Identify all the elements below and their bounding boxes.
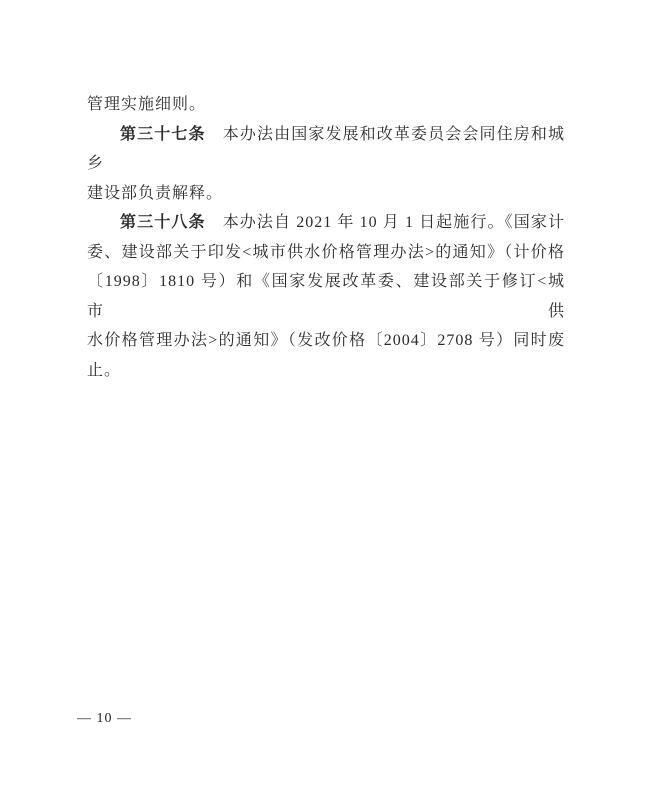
text-line: 第三十七条 本办法由国家发展和改革委员会会同住房和城乡 — [87, 120, 565, 179]
line-text: 委、建设部关于印发<城市供水价格管理办法>的通知》（计价格 — [87, 244, 565, 261]
article-term: 第三十七条 — [120, 126, 206, 143]
article-term: 第三十八条 — [120, 214, 206, 231]
line-text: 〔1998〕1810 号）和《国家发展改革委、建设部关于修订<城市供 — [87, 273, 565, 320]
document-body: 管理实施细则。第三十七条 本办法由国家发展和改革委员会会同住房和城乡建设部负责解… — [87, 90, 565, 385]
page-number: — 10 — — [77, 711, 132, 726]
line-text: 止。 — [87, 362, 121, 379]
text-line: 管理实施细则。 — [87, 90, 565, 120]
page-footer: — 10 — — [77, 711, 132, 727]
document-page: 管理实施细则。第三十七条 本办法由国家发展和改革委员会会同住房和城乡建设部负责解… — [0, 0, 650, 800]
text-line: 〔1998〕1810 号）和《国家发展改革委、建设部关于修订<城市供 — [87, 267, 565, 326]
text-line: 委、建设部关于印发<城市供水价格管理办法>的通知》（计价格 — [87, 238, 565, 268]
line-text: 建设部负责解释。 — [87, 185, 223, 202]
text-line: 水价格管理办法>的通知》（发改价格〔2004〕2708 号）同时废 — [87, 326, 565, 356]
line-text: 管理实施细则。 — [87, 96, 206, 113]
line-text: 水价格管理办法>的通知》（发改价格〔2004〕2708 号）同时废 — [87, 332, 565, 349]
line-text: 本办法自 2021 年 10 月 1 日起施行。《国家计 — [206, 214, 565, 231]
text-line: 第三十八条 本办法自 2021 年 10 月 1 日起施行。《国家计 — [87, 208, 565, 238]
text-line: 止。 — [87, 356, 565, 386]
text-line: 建设部负责解释。 — [87, 179, 565, 209]
